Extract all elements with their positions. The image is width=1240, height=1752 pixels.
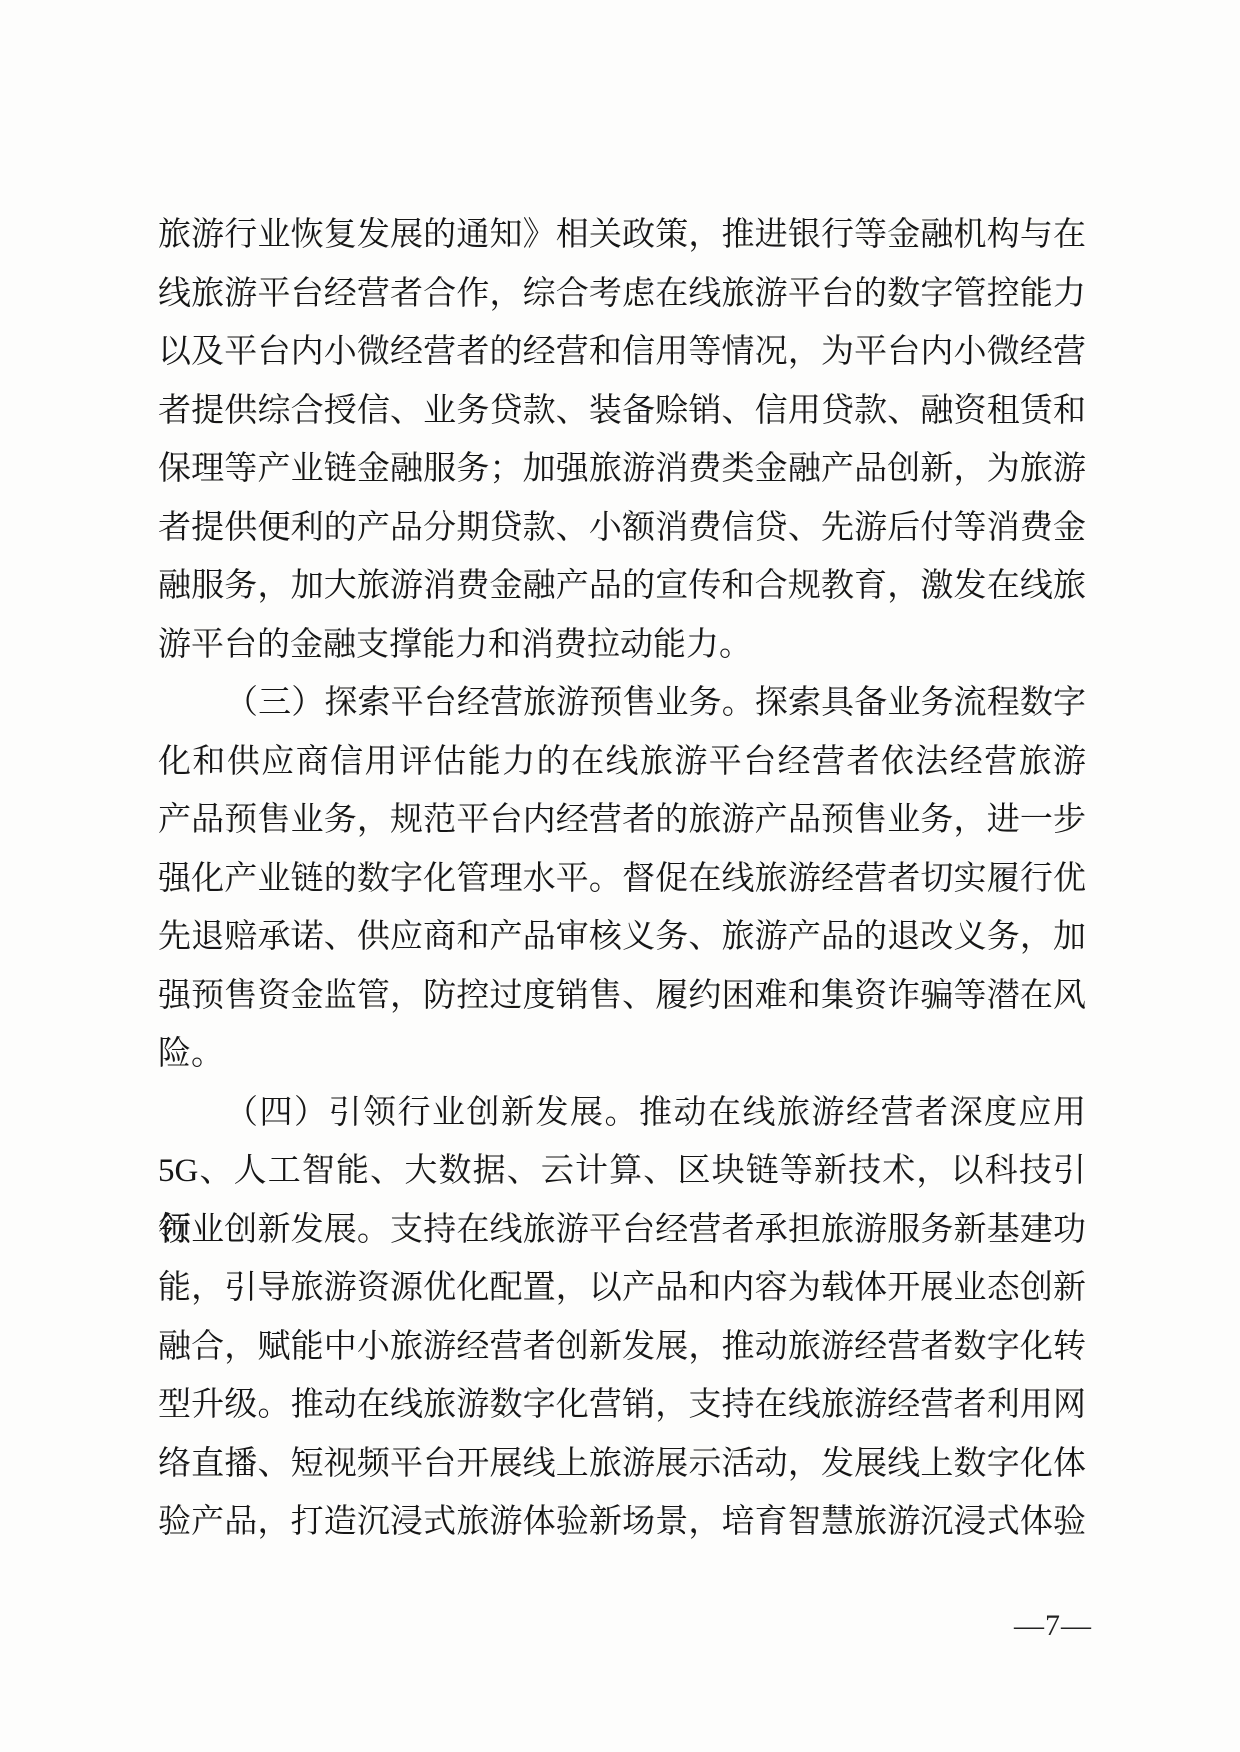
- document-body: 旅游行业恢复发展的通知》相关政策，推进银行等金融机构与在线旅游平台经营者合作，综…: [158, 206, 1086, 1552]
- page-number: —7—: [1008, 1606, 1098, 1646]
- text-line: 者提供综合授信、业务贷款、装备赊销、信用贷款、融资租赁和: [158, 382, 1086, 441]
- text-line: 强化产业链的数字化管理水平。督促在线旅游经营者切实履行优: [158, 850, 1086, 909]
- text-line: 者提供便利的产品分期贷款、小额消费信贷、先游后付等消费金: [158, 499, 1086, 558]
- document-page: 旅游行业恢复发展的通知》相关政策，推进银行等金融机构与在线旅游平台经营者合作，综…: [0, 0, 1240, 1752]
- text-line: 线旅游平台经营者合作，综合考虑在线旅游平台的数字管控能力: [158, 265, 1086, 324]
- text-line: 化和供应商信用评估能力的在线旅游平台经营者依法经营旅游: [158, 733, 1086, 792]
- text-line: 5G、人工智能、大数据、云计算、区块链等新技术，以科技引领: [158, 1142, 1086, 1201]
- text-line: 旅游行业恢复发展的通知》相关政策，推进银行等金融机构与在: [158, 206, 1086, 265]
- text-line: 产品预售业务，规范平台内经营者的旅游产品预售业务，进一步: [158, 791, 1086, 850]
- text-line: （四）引领行业创新发展。推动在线旅游经营者深度应用: [158, 1084, 1086, 1143]
- text-line: 游平台的金融支撑能力和消费拉动能力。: [158, 616, 1086, 675]
- text-line: 险。: [158, 1025, 1086, 1084]
- text-line: 验产品，打造沉浸式旅游体验新场景，培育智慧旅游沉浸式体验: [158, 1493, 1086, 1552]
- text-line: 融服务，加大旅游消费金融产品的宣传和合规教育，激发在线旅: [158, 557, 1086, 616]
- text-line: 型升级。推动在线旅游数字化营销，支持在线旅游经营者利用网: [158, 1376, 1086, 1435]
- text-line: 先退赔承诺、供应商和产品审核义务、旅游产品的退改义务，加: [158, 908, 1086, 967]
- text-line: 融合，赋能中小旅游经营者创新发展，推动旅游经营者数字化转: [158, 1318, 1086, 1377]
- text-line: 以及平台内小微经营者的经营和信用等情况，为平台内小微经营: [158, 323, 1086, 382]
- text-line: 强预售资金监管，防控过度销售、履约困难和集资诈骗等潜在风: [158, 967, 1086, 1026]
- text-line: 行业创新发展。支持在线旅游平台经营者承担旅游服务新基建功: [158, 1201, 1086, 1260]
- text-line: （三）探索平台经营旅游预售业务。探索具备业务流程数字: [158, 674, 1086, 733]
- text-line: 保理等产业链金融服务；加强旅游消费类金融产品创新，为旅游: [158, 440, 1086, 499]
- text-line: 能，引导旅游资源优化配置，以产品和内容为载体开展业态创新: [158, 1259, 1086, 1318]
- text-line: 络直播、短视频平台开展线上旅游展示活动，发展线上数字化体: [158, 1435, 1086, 1494]
